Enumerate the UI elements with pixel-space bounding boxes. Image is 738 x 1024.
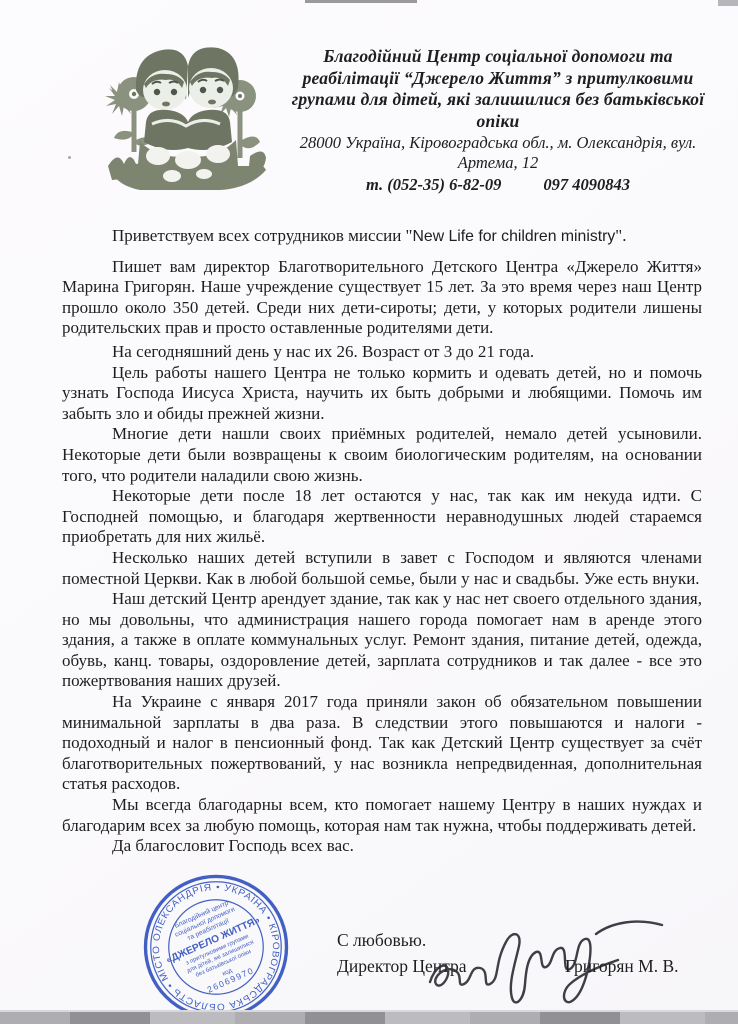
org-address: 28000 Україна, Кіровоградська обл., м. О… — [283, 133, 713, 172]
org-round-stamp: • УКРАЇНА • КІРОВОГРАДСЬКА ОБЛАСТЬ • МІС… — [141, 872, 291, 1022]
org-title: Благодійний Центр соціальної допомоги та… — [283, 46, 713, 132]
org-phone-landline: т. (052-35) 6-82-09 — [366, 175, 501, 194]
text-run: Приветствуем всех сотрудников миссии " — [112, 226, 413, 245]
text-run: ". — [615, 226, 626, 245]
paragraph-6: Некоторые дети после 18 лет остаются у н… — [62, 486, 702, 548]
text-run: Наш детский Центр арендует здание, так к… — [62, 589, 702, 690]
org-title-line: реабілітації “Джерело Життя” з притулков… — [283, 68, 713, 90]
org-phone: т. (052-35) 6-82-09097 4090843 — [283, 175, 713, 195]
signature-closing: С любовью. — [337, 930, 426, 951]
org-phone-mobile: 097 4090843 — [543, 175, 630, 194]
text-run: Многие дети нашли своих приёмных родител… — [62, 424, 702, 484]
paragraph-1: Приветствуем всех сотрудников миссии "Ne… — [62, 226, 702, 248]
text-run: Да благословит Господь всех вас. — [112, 836, 354, 855]
org-title-line: групами для дітей, які залишилися без ба… — [283, 89, 713, 111]
text-run: Цель работы нашего Центра не только корм… — [62, 363, 702, 423]
paragraph-7: Несколько наших детей вступили в завет с… — [62, 548, 702, 589]
scanned-letter-page: Благодійний Центр соціальної допомоги та… — [0, 0, 738, 1024]
org-title-line: Благодійний Центр соціальної допомоги та — [283, 46, 713, 68]
text-run: Некоторые дети после 18 лет остаются у н… — [62, 486, 702, 546]
paragraph-2: Пишет вам директор Благотворительного Де… — [62, 257, 702, 339]
letterhead: Благодійний Центр соціальної допомоги та… — [283, 46, 713, 195]
text-run: На Украине с января 2017 года приняли за… — [62, 692, 702, 793]
text-run: Пишет вам директор Благотворительного Де… — [62, 257, 702, 338]
paragraph-3: На сегодняшний день у нас их 26. Возраст… — [62, 342, 702, 363]
paragraph-10: Мы всегда благодарны всем, кто помогает … — [62, 795, 702, 836]
org-address-line: Артема, 12 — [283, 153, 713, 172]
paragraph-11: Да благословит Господь всех вас. — [62, 836, 702, 857]
paragraph-4: Цель работы нашего Центра не только корм… — [62, 363, 702, 425]
english-phrase: New Life for children ministry — [413, 228, 616, 245]
text-run: Несколько наших детей вступили в завет с… — [62, 548, 702, 588]
signature-name: Григорян М. В. — [565, 956, 679, 977]
paragraph-9: На Украине с января 2017 года приняли за… — [62, 692, 702, 795]
letter-body: Приветствуем всех сотрудников миссии "Ne… — [62, 226, 702, 857]
text-run: На сегодняшний день у нас их 26. Возраст… — [112, 342, 534, 361]
paragraph-5: Многие дети нашли своих приёмных родител… — [62, 424, 702, 486]
org-address-line: 28000 Україна, Кіровоградська обл., м. О… — [283, 133, 713, 152]
org-title-line: опіки — [283, 111, 713, 133]
scan-speck — [68, 156, 71, 159]
paragraph-8: Наш детский Центр арендует здание, так к… — [62, 589, 702, 692]
scan-edge-artifact-top — [305, 0, 417, 3]
children-reading-book-logo — [100, 38, 272, 208]
scan-edge-artifact-bottom — [0, 1010, 738, 1024]
text-run: Мы всегда благодарны всем, кто помогает … — [62, 795, 702, 835]
scan-edge-artifact-top-right — [718, 0, 738, 6]
